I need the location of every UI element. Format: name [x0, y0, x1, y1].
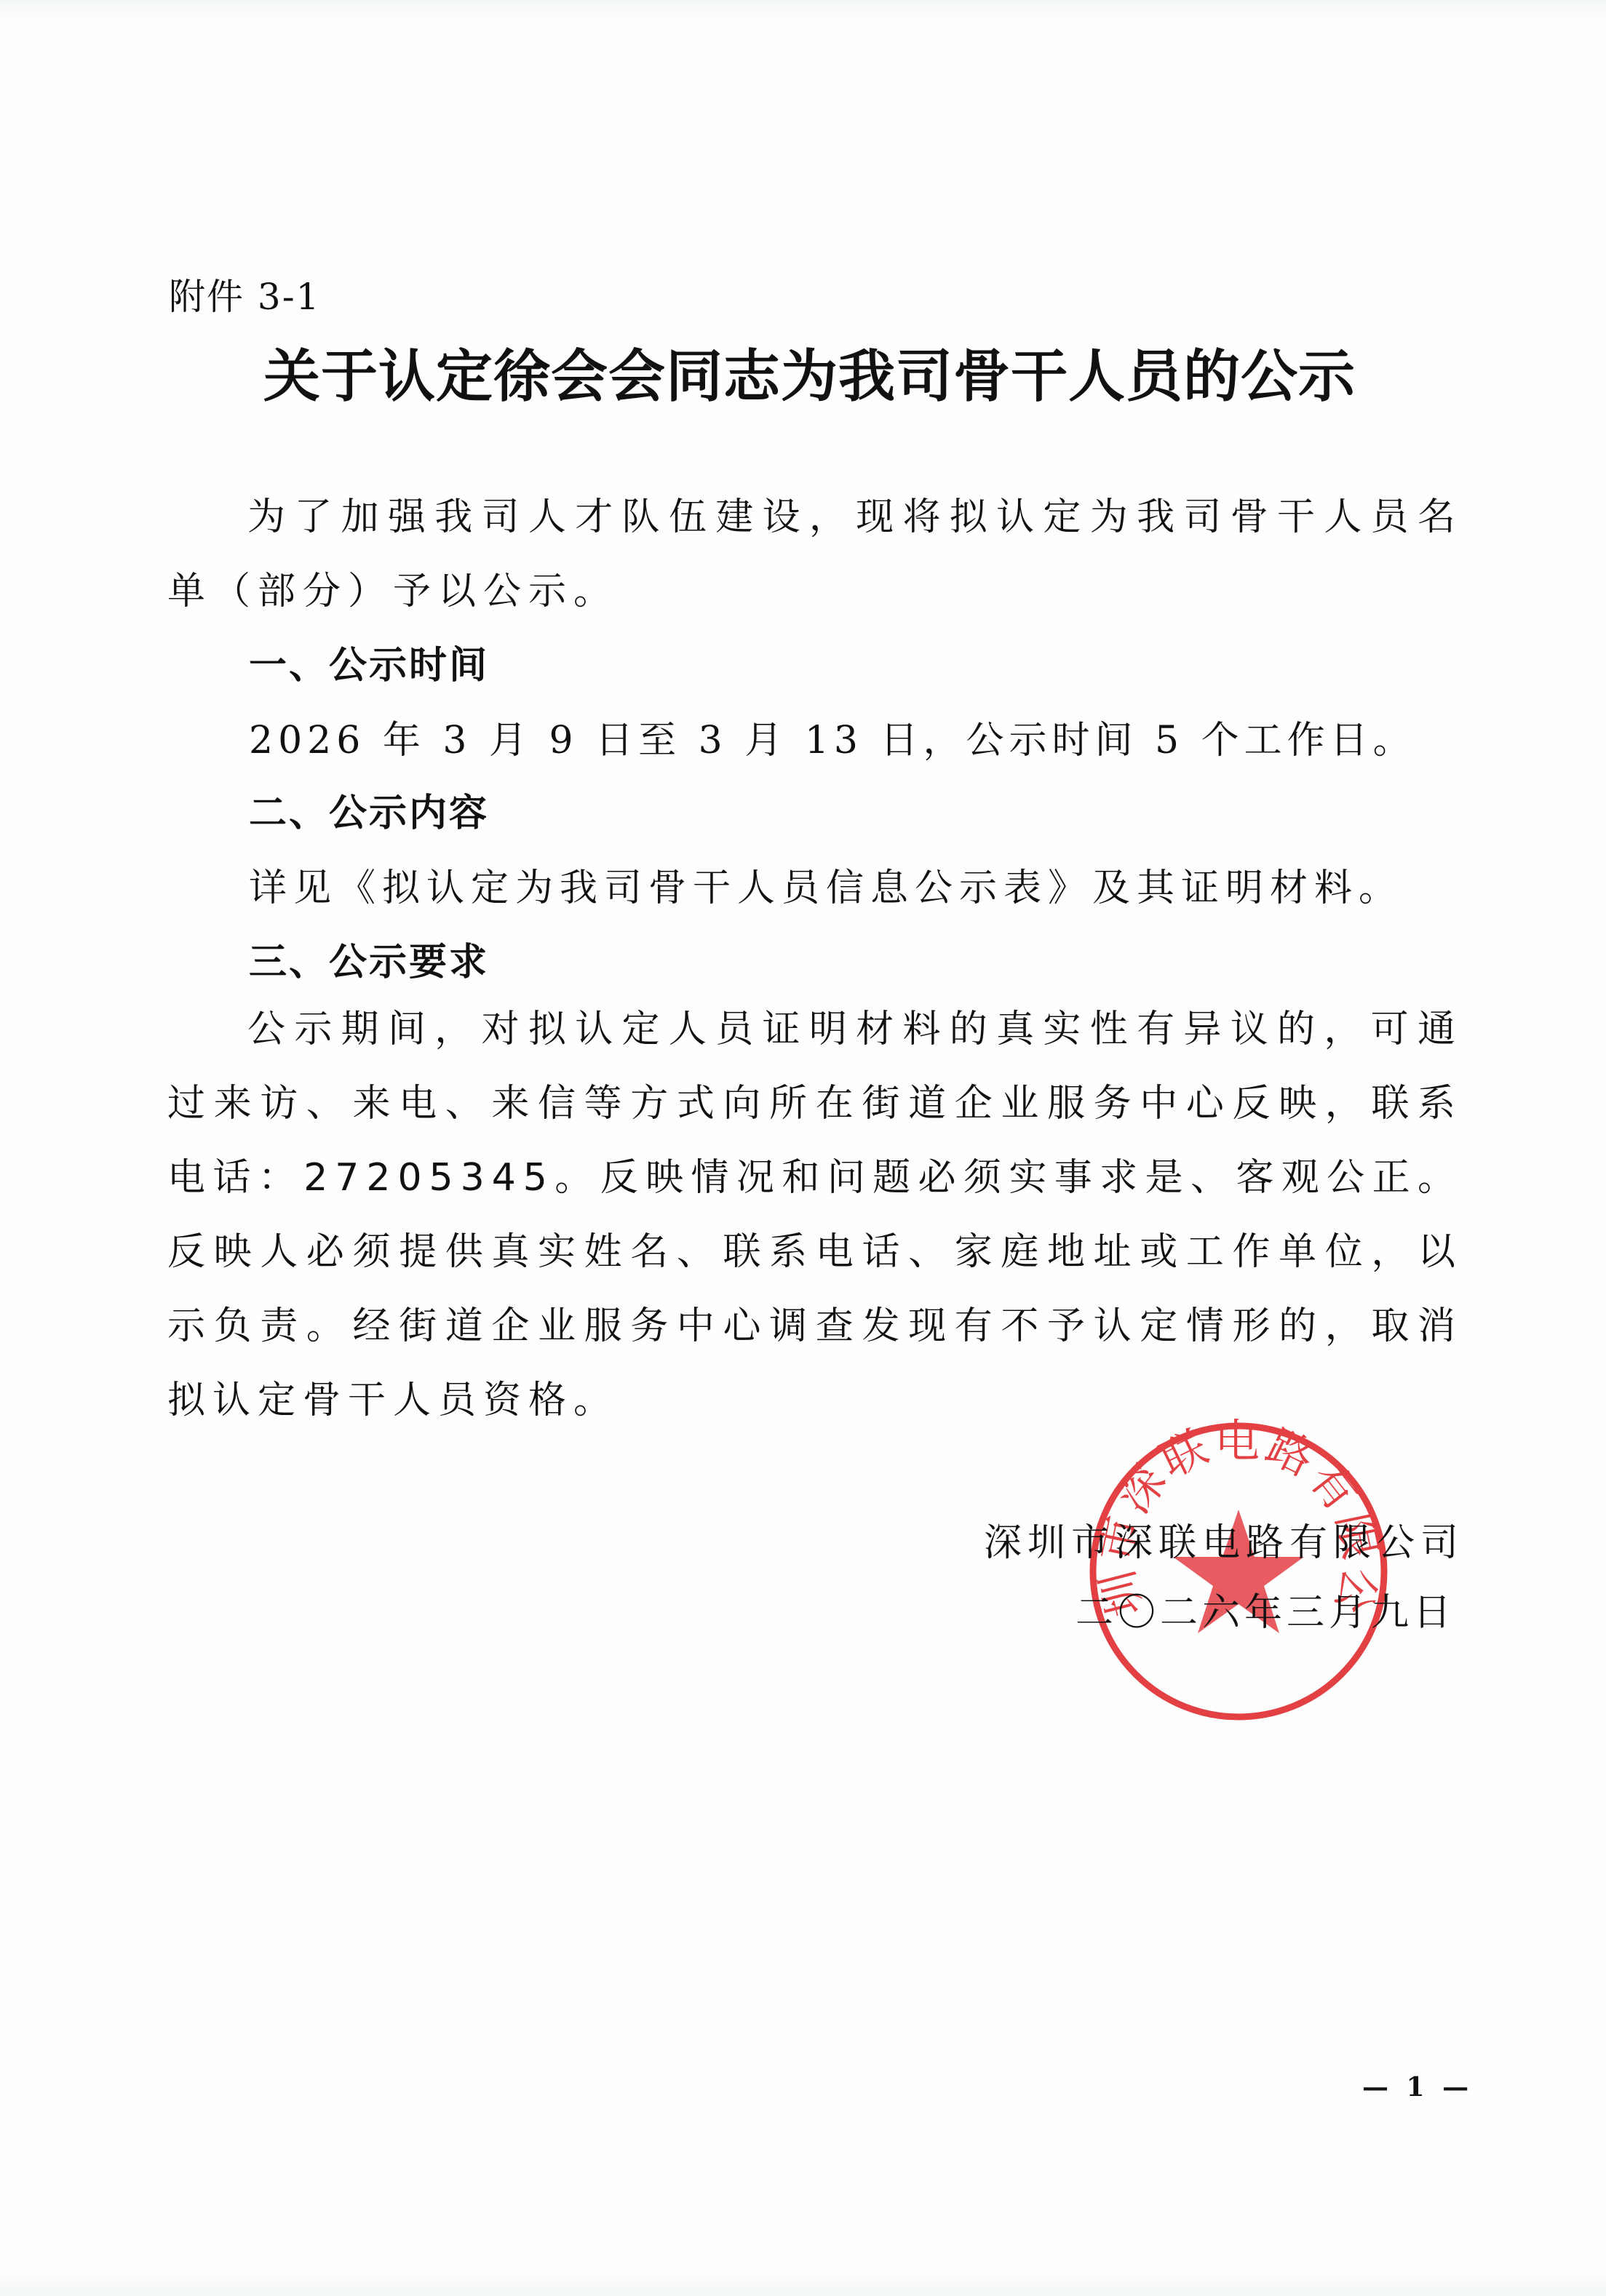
section-heading-time: 一、公示时间: [249, 634, 489, 689]
scan-edge-top: [0, 0, 1606, 22]
attachment-label: 附件 3-1: [169, 268, 320, 320]
company-seal: 深圳市深联电路有限公司: [1086, 1419, 1391, 1724]
signature-company: 深圳市深联电路有限公司: [984, 1512, 1464, 1566]
signature-date: 二〇二六年三月九日: [1076, 1582, 1455, 1636]
section-heading-content: 二、公示内容: [249, 782, 489, 837]
section-body-requirements: 公示期间，对拟认定人员证明材料的真实性有异议的，可通过来访、来电、来信等方式向所…: [167, 992, 1463, 1438]
intro-paragraph: 为了加强我司人才队伍建设，现将拟认定为我司骨干人员名单（部分）予以公示。: [167, 480, 1463, 629]
scan-edge-bottom: [0, 2267, 1606, 2296]
section-body-content: 详见《拟认定为我司骨干人员信息公示表》及其证明材料。: [249, 857, 1403, 912]
document-page: 附件 3-1 关于认定徐会会同志为我司骨干人员的公示 为了加强我司人才队伍建设，…: [0, 0, 1606, 2296]
section-heading-requirements: 三、公示要求: [249, 931, 489, 986]
document-title: 关于认定徐会会同志为我司骨干人员的公示: [263, 331, 1356, 412]
section-body-time: 2026 年 3 月 9 日至 3 月 13 日，公示时间 5 个工作日。: [249, 709, 1416, 764]
page-number: — 1 —: [1362, 2072, 1473, 2102]
